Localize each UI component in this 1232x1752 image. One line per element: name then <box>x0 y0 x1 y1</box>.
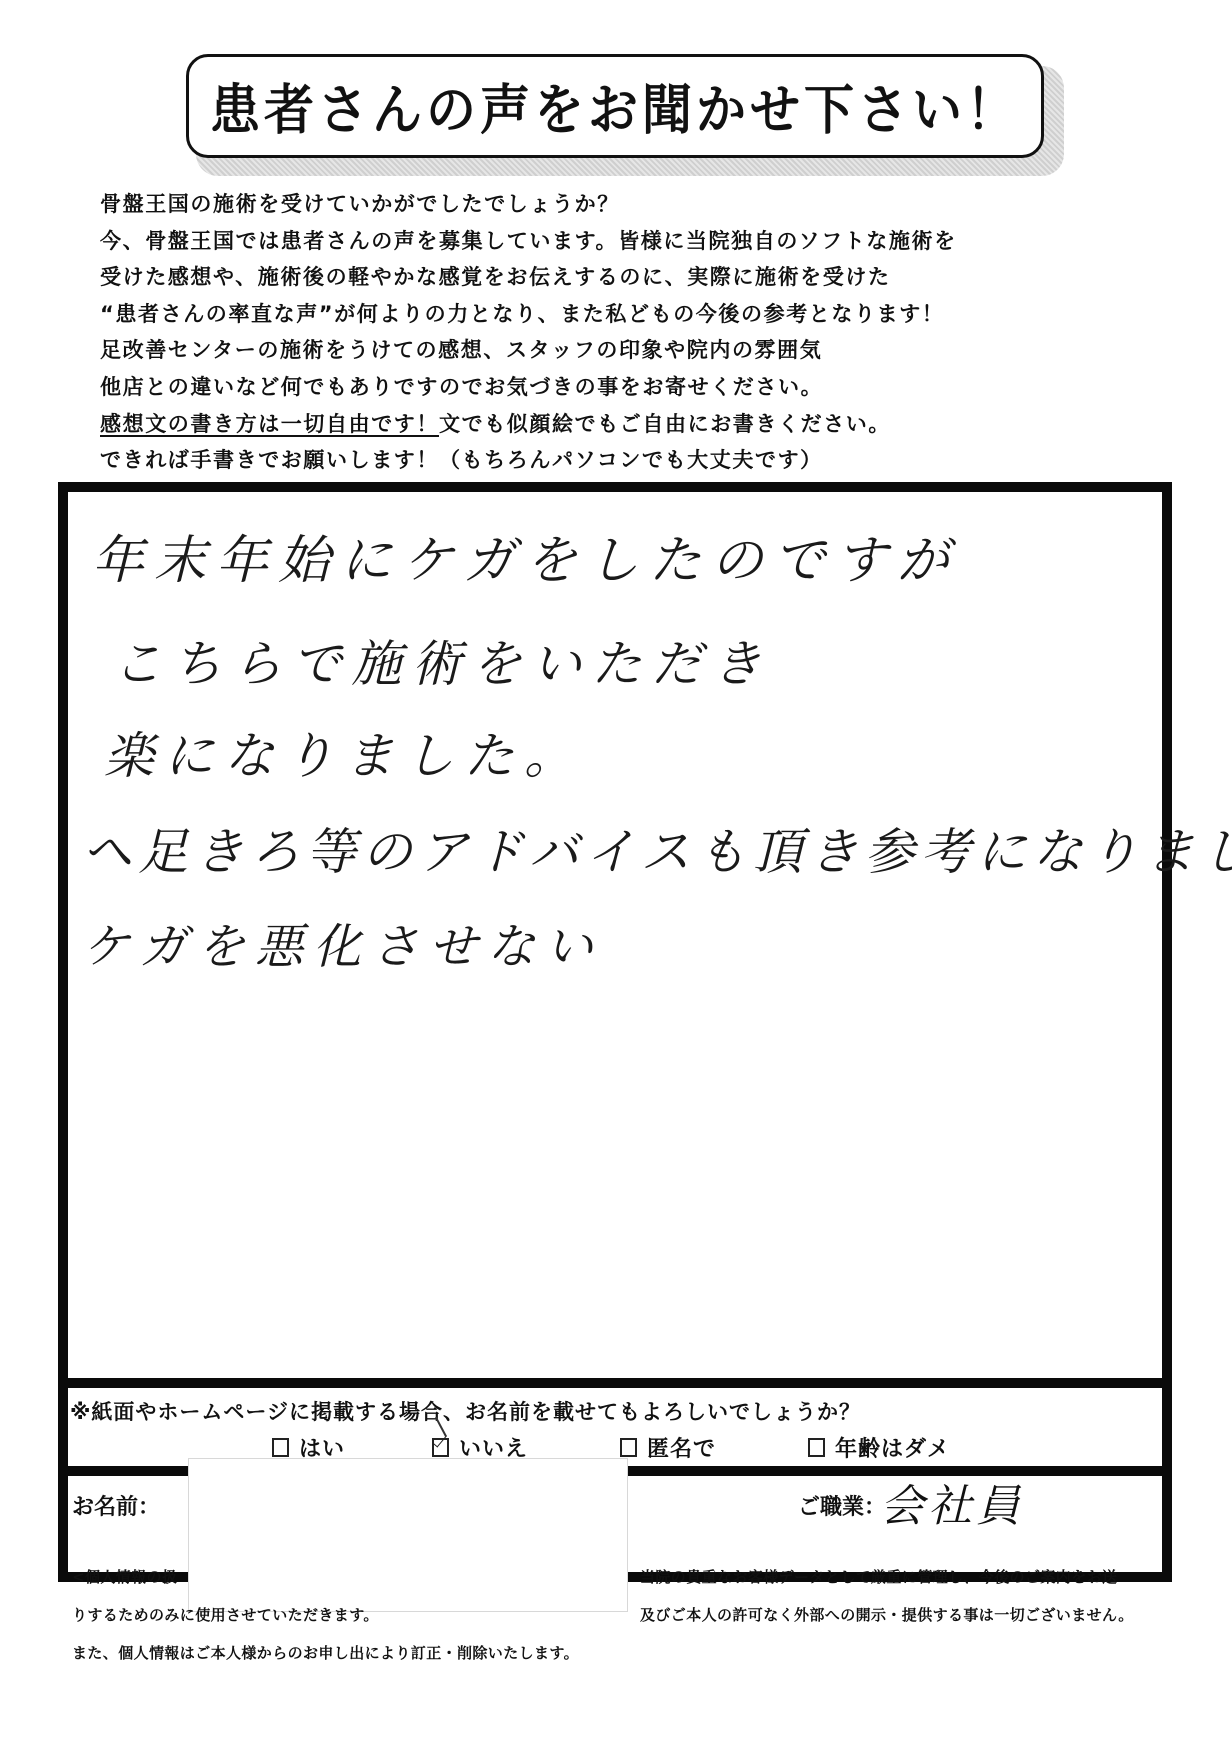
checkbox-no-checked[interactable] <box>432 1438 449 1457</box>
intro-line: “患者さんの率直な声”が何よりの力となり、また私どもの今後の参考となります！ <box>100 296 1160 333</box>
page-title: 患者さんの声をお聞かせ下さい！ <box>210 67 1020 145</box>
occupation-value: 会社員 <box>880 1470 1024 1534</box>
checkbox-no-age[interactable] <box>808 1438 825 1457</box>
redaction-box <box>188 1458 628 1612</box>
handwritten-line: 楽になりました。 <box>104 716 584 788</box>
divider-line <box>58 1378 1172 1388</box>
free-style-text: 文でも似顔絵でもご自由にお書きください。 <box>439 412 891 436</box>
handwritten-line: こちらで施術をいただき <box>112 624 772 696</box>
intro-line: できれば手書きでお願いします！（もちろんパソコンでも大丈夫です） <box>100 442 1160 479</box>
handwritten-line: ケガを悪化させない <box>82 908 603 977</box>
privacy-notice-line: 当院の貴重なお客様データとして厳重に管理し、今後のご案内をお送 <box>640 1566 1117 1587</box>
intro-paragraph: 骨盤王国の施術を受けていかがでしたでしょうか？ 今、骨盤王国では患者さんの声を募… <box>100 186 1160 479</box>
privacy-notice-line: りするためのみに使用させていただきます。 <box>72 1604 379 1625</box>
consent-question: ※紙面やホームページに掲載する場合、お名前を載せてもよろしいでしょうか？ <box>70 1396 861 1426</box>
intro-line: 今、骨盤王国では患者さんの声を募集しています。皆様に当院独自のソフトな施術を <box>100 223 1160 260</box>
privacy-notice-line: <個人情報の扱 <box>72 1566 177 1587</box>
option-anonymous[interactable]: 匿名で <box>620 1432 716 1463</box>
underlined-notice: 感想文の書き方は一切自由です！ <box>100 412 439 436</box>
privacy-notice-line: また、個人情報はご本人様からのお申し出により訂正・削除いたします。 <box>72 1642 579 1663</box>
option-label: 年齢はダメ <box>835 1432 950 1463</box>
handwritten-line: ヘ足きろ等のアドバイスも頂き参考になりました。 <box>82 812 1232 884</box>
intro-line: 他店との違いなど何でもありですのでお気づきの事をお寄せください。 <box>100 369 1160 406</box>
intro-line: 足改善センターの施術をうけての感想、スタッフの印象や院内の雰囲気 <box>100 332 1160 369</box>
handwritten-line: 年末年始にケガをしたのですが <box>92 518 959 593</box>
intro-line-free-style: 感想文の書き方は一切自由です！文でも似顔絵でもご自由にお書きください。 <box>100 406 1160 443</box>
option-label: 匿名で <box>647 1432 716 1463</box>
name-label: お名前： <box>72 1490 160 1521</box>
intro-line: 受けた感想や、施術後の軽やかな感覚をお伝えするのに、実際に施術を受けた <box>100 259 1160 296</box>
intro-line: 骨盤王国の施術を受けていかがでしたでしょうか？ <box>100 186 1160 223</box>
occupation-label: ご職業： <box>798 1490 886 1521</box>
checkbox-yes[interactable] <box>272 1438 289 1457</box>
option-no-age[interactable]: 年齢はダメ <box>808 1432 950 1463</box>
checkbox-anonymous[interactable] <box>620 1438 637 1457</box>
title-banner: 患者さんの声をお聞かせ下さい！ <box>186 54 1044 158</box>
privacy-notice-line: 及びご本人の許可なく外部への開示・提供する事は一切ございません。 <box>640 1604 1134 1625</box>
